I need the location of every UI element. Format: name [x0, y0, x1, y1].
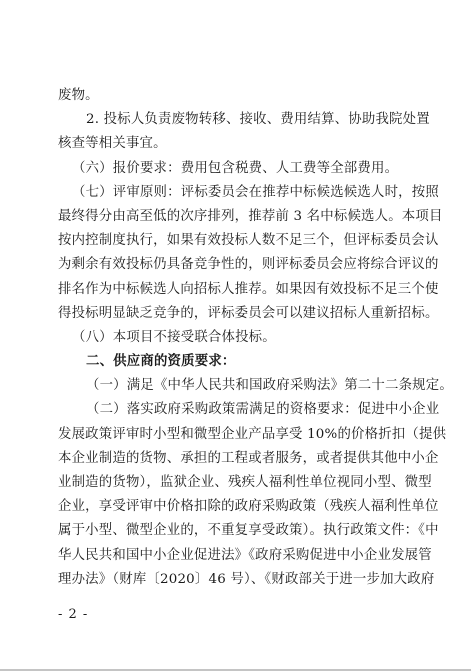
text-line: （七）评审原则：评标委员会在推荐中标候选候选人时，按照 [58, 181, 414, 205]
text-line: （六）报价要求：费用包含税费、人工费等全部费用。 [58, 157, 414, 181]
text-line: 发展政策评审时小型和微型企业产品享受 10%的价格折扣（提供 [58, 423, 414, 447]
text-line: 得投标明显缺乏竞争的，评标委员会可以建议招标人重新招标。 [58, 302, 414, 326]
text-line: 企业，享受评审中价格扣除的政府采购政策（残疾人福利性单位 [58, 495, 414, 519]
text-line: 为剩余有效投标仍具备竞争性的，则评标委员会应将综合评议的 [58, 253, 414, 277]
text-line: 排名作为中标候选人向招标人推荐。如果因有效投标不足三个使 [58, 278, 414, 302]
document-page: 废物。2. 投标人负责废物转移、接收、费用结算、协助我院处置核查等相关事宜。（六… [0, 0, 471, 670]
text-line: 本企业制造的货物、承担的工程或者服务，或者提供其他中小企 [58, 447, 414, 471]
text-line: 属于小型、微型企业的，不重复享受政策）。执行政策文件：《中 [58, 519, 414, 543]
text-line: 2. 投标人负责废物转移、接收、费用结算、协助我院处置 [58, 108, 414, 132]
text-line: 最终得分由高至低的次序排列，推荐前 3 名中标候选人。本项目 [58, 205, 414, 229]
text-line: 理办法》（财库〔2020〕46 号）、《财政部关于进一步加大政府 [58, 568, 414, 592]
text-line: （二）落实政府采购政策需满足的资格要求：促进中小企业 [58, 398, 414, 422]
text-line: 废物。 [58, 84, 414, 108]
document-body: 废物。2. 投标人负责废物转移、接收、费用结算、协助我院处置核查等相关事宜。（六… [58, 84, 414, 592]
page-bottom-border [0, 669, 471, 671]
page-number: - 2 - [58, 607, 88, 622]
text-line: 业制造的货物），监狱企业、残疾人福利性单位视同小型、微型 [58, 471, 414, 495]
text-line: （八）本项目不接受联合体投标。 [58, 326, 414, 350]
text-line: 按内控制度执行，如果有效投标人数不足三个，但评标委员会认 [58, 229, 414, 253]
text-line: 核查等相关事宜。 [58, 132, 414, 156]
text-line: 华人民共和国中小企业促进法》《政府采购促进中小企业发展管 [58, 544, 414, 568]
text-line: （一）满足《中华人民共和国政府采购法》第二十二条规定。 [58, 374, 414, 398]
text-line: 二、供应商的资质要求： [58, 350, 414, 374]
